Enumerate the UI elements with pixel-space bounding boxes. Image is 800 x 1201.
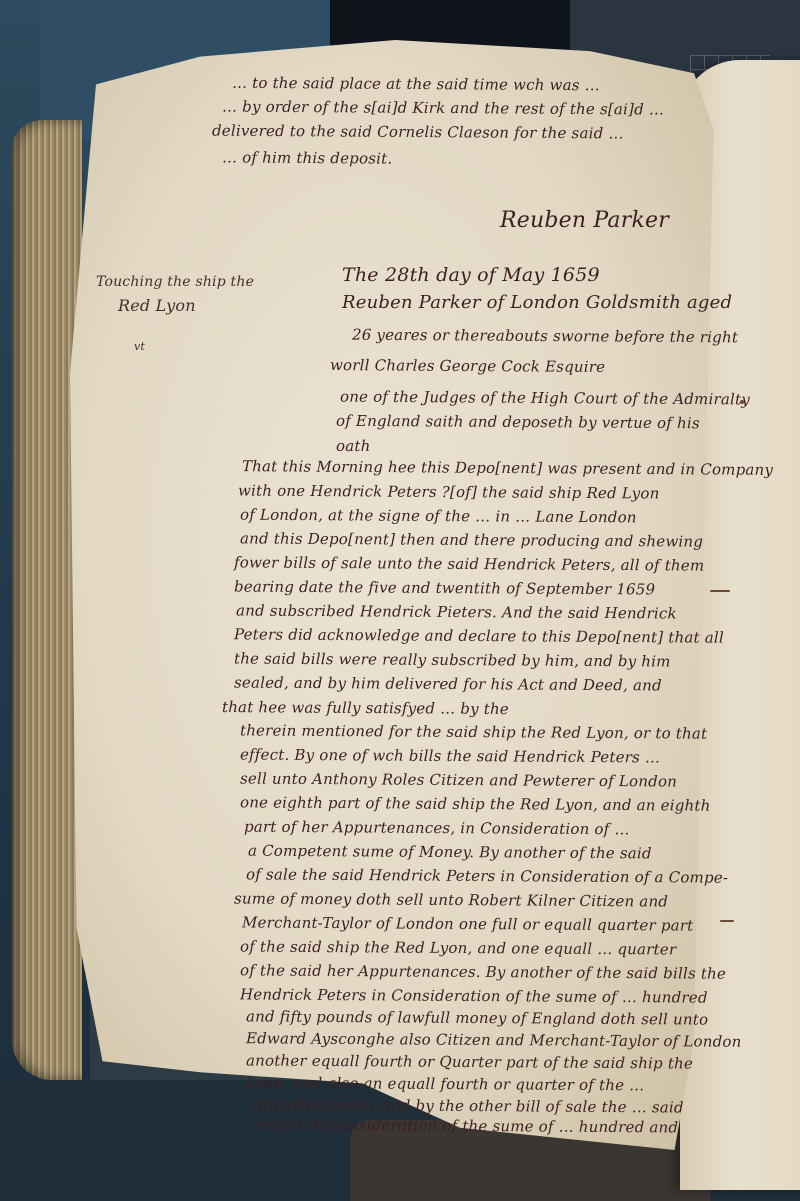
margin-note: Touching the ship the	[96, 274, 254, 290]
body-line: with one Hendrick Peters ?[of] the said …	[238, 479, 660, 506]
book-page-edges	[12, 120, 82, 1080]
body-line: and this Depo[nent] then and there produ…	[240, 526, 703, 553]
body-line: that hee was fully satisfyed … by the	[222, 695, 509, 721]
entry-header-line: one of the Judges of the High Court of t…	[340, 385, 750, 412]
body-line: a Competent sume of Money. By another of…	[248, 839, 652, 866]
body-line: Merchant-Taylor of London one full or eq…	[242, 910, 694, 937]
body-line: fower bills of sale unto the said Hendri…	[234, 550, 704, 577]
body-line: of the said ship the Red Lyon, and one e…	[240, 934, 676, 961]
judge-name: worll Charles George Cock Esquire	[330, 356, 605, 376]
stain	[720, 920, 734, 922]
body-line: effect. By one of wch bills the said Hen…	[240, 743, 660, 770]
body-line: the said bills were really subscribed by…	[234, 646, 671, 673]
entry-header-line: 26 yeares or thereabouts sworne before t…	[352, 323, 738, 350]
body-line: Peters did acknowledge and declare to th…	[234, 622, 724, 649]
entry-header-line: worll Charles George Cock Esquire	[330, 353, 605, 379]
entry-date: The 28th day of May 1659	[342, 264, 600, 286]
margin-note: Red Lyon	[118, 296, 196, 315]
body-line: Peters in Consideration of the sume of ……	[254, 1113, 678, 1140]
fragment-line: … by order of the s[ai]d Kirk and the re…	[222, 94, 664, 121]
body-line: That this Morning hee this Depo[nent] wa…	[242, 454, 773, 482]
body-line: of sale the said Hendrick Peters in Cons…	[246, 862, 728, 889]
body-line: and subscribed Hendrick Pieters. And the…	[236, 598, 677, 625]
margin-mark: vt	[134, 340, 145, 353]
body-line: sealed, and by him delivered for his Act…	[234, 671, 662, 698]
entry-header-line: of England saith and deposeth by vertue …	[336, 409, 700, 436]
body-line: therein mentioned for the said ship the …	[240, 718, 707, 745]
body-line: sume of money doth sell unto Robert Kiln…	[234, 886, 668, 913]
stain	[710, 590, 730, 592]
body-line: part of her Appurtenances, in Considerat…	[244, 815, 630, 842]
body-line: of London, at the signe of the … in … La…	[240, 503, 637, 530]
body-line: of the said her Appurtenances. By anothe…	[240, 958, 726, 985]
fragment-line: delivered to the said Cornelis Claeson f…	[212, 119, 624, 146]
body-line: one eighth part of the said ship the Red…	[240, 790, 711, 817]
fragment-line: … to the said place at the said time wch…	[232, 71, 600, 98]
signature: Reuben Parker	[500, 208, 669, 233]
fragment-line: … of him this deposit.	[222, 145, 392, 170]
body-line: bearing date the five and twentith of Se…	[234, 575, 655, 602]
deponent-name: Reuben Parker of London Goldsmith aged	[342, 292, 732, 313]
body-line: sell unto Anthony Roles Citizen and Pewt…	[240, 766, 677, 793]
